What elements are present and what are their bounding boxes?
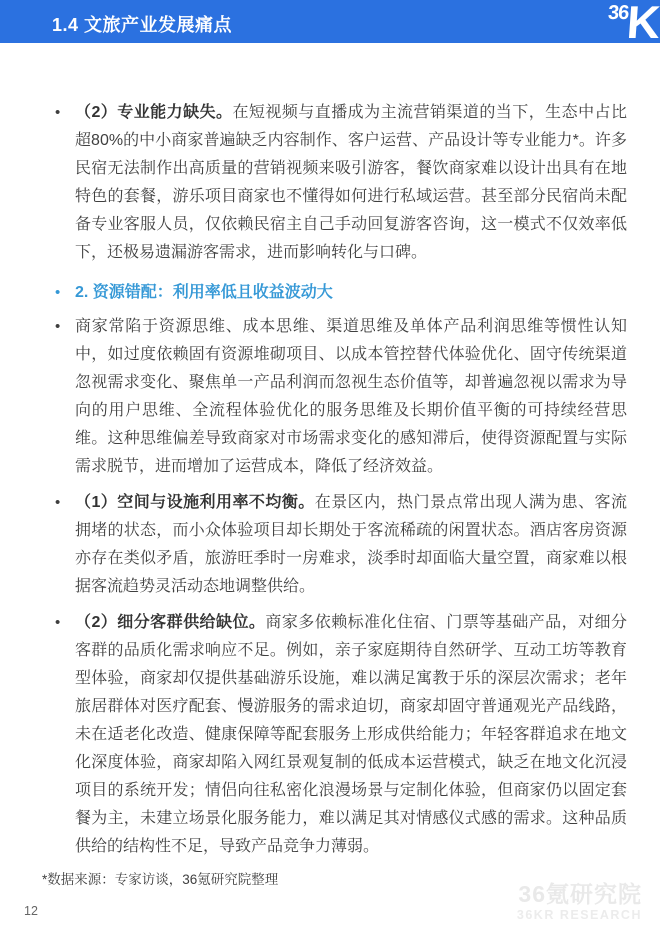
bullet-paragraph-professional-capability: • （2）专业能力缺失。在短视频与直播成为主流营销渠道的当下，生态中占比超80%… [0,99,660,267]
bullet-icon: • [55,279,60,307]
header-bar: 1.4 文旅产业发展痛点 36 Kr [0,0,660,43]
bullet-paragraph-segment-supply: • （2）细分客群供给缺位。商家多依赖标准化住宿、门票等基础产品，对细分客群的品… [0,609,660,861]
paragraph-text: 商家多依赖标准化住宿、门票等基础产品，对细分客群的品质化需求响应不足。例如，亲子… [75,614,627,855]
data-source-footnote: *数据来源：专家访谈，36氪研究院整理 [42,868,278,888]
page-number: 12 [24,904,38,918]
paragraph-bold-lead: （1）空间与设施利用率不均衡。 [75,494,315,511]
page-title: 1.4 文旅产业发展痛点 [52,11,232,37]
report-page: 1.4 文旅产业发展痛点 36 Kr • （2）专业能力缺失。在短视频与直播成为… [0,0,660,934]
paragraph-text: 在短视频与直播成为主流营销渠道的当下，生态中占比超80%的中小商家普遍缺乏内容制… [75,104,627,261]
section-heading-text: 2. 资源错配：利用率低且收益波动大 [75,284,333,301]
36kr-logo-36: 36 [607,3,629,23]
document-body: • （2）专业能力缺失。在短视频与直播成为主流营销渠道的当下，生态中占比超80%… [0,43,660,873]
section-heading-resource-mismatch: • 2. 资源错配：利用率低且收益波动大 [0,279,660,307]
bullet-icon: • [55,313,60,341]
bullet-paragraph-utilization: • （1）空间与设施利用率不均衡。在景区内，热门景点常出现人满为患、客流拥堵的状… [0,489,660,601]
bullet-icon: • [55,489,60,517]
bullet-icon: • [55,99,60,127]
paragraph-bold-lead: （2）专业能力缺失。 [75,104,232,121]
bullet-paragraph-mindset: • 商家常陷于资源思维、成本思维、渠道思维及单体产品利润思维等惯性认知中，如过度… [0,313,660,481]
watermark-english: 36KR RESEARCH [517,908,642,922]
bullet-icon: • [55,609,60,637]
paragraph-bold-lead: （2）细分客群供给缺位。 [75,614,265,631]
36kr-logo: 36 Kr [608,0,660,43]
watermark-chinese: 36氪研究院 [517,881,642,907]
paragraph-text: 商家常陷于资源思维、成本思维、渠道思维及单体产品利润思维等惯性认知中，如过度依赖… [75,318,627,475]
36kr-research-watermark: 36氪研究院 36KR RESEARCH [517,881,642,922]
36kr-logo-kr: Kr [625,0,660,43]
